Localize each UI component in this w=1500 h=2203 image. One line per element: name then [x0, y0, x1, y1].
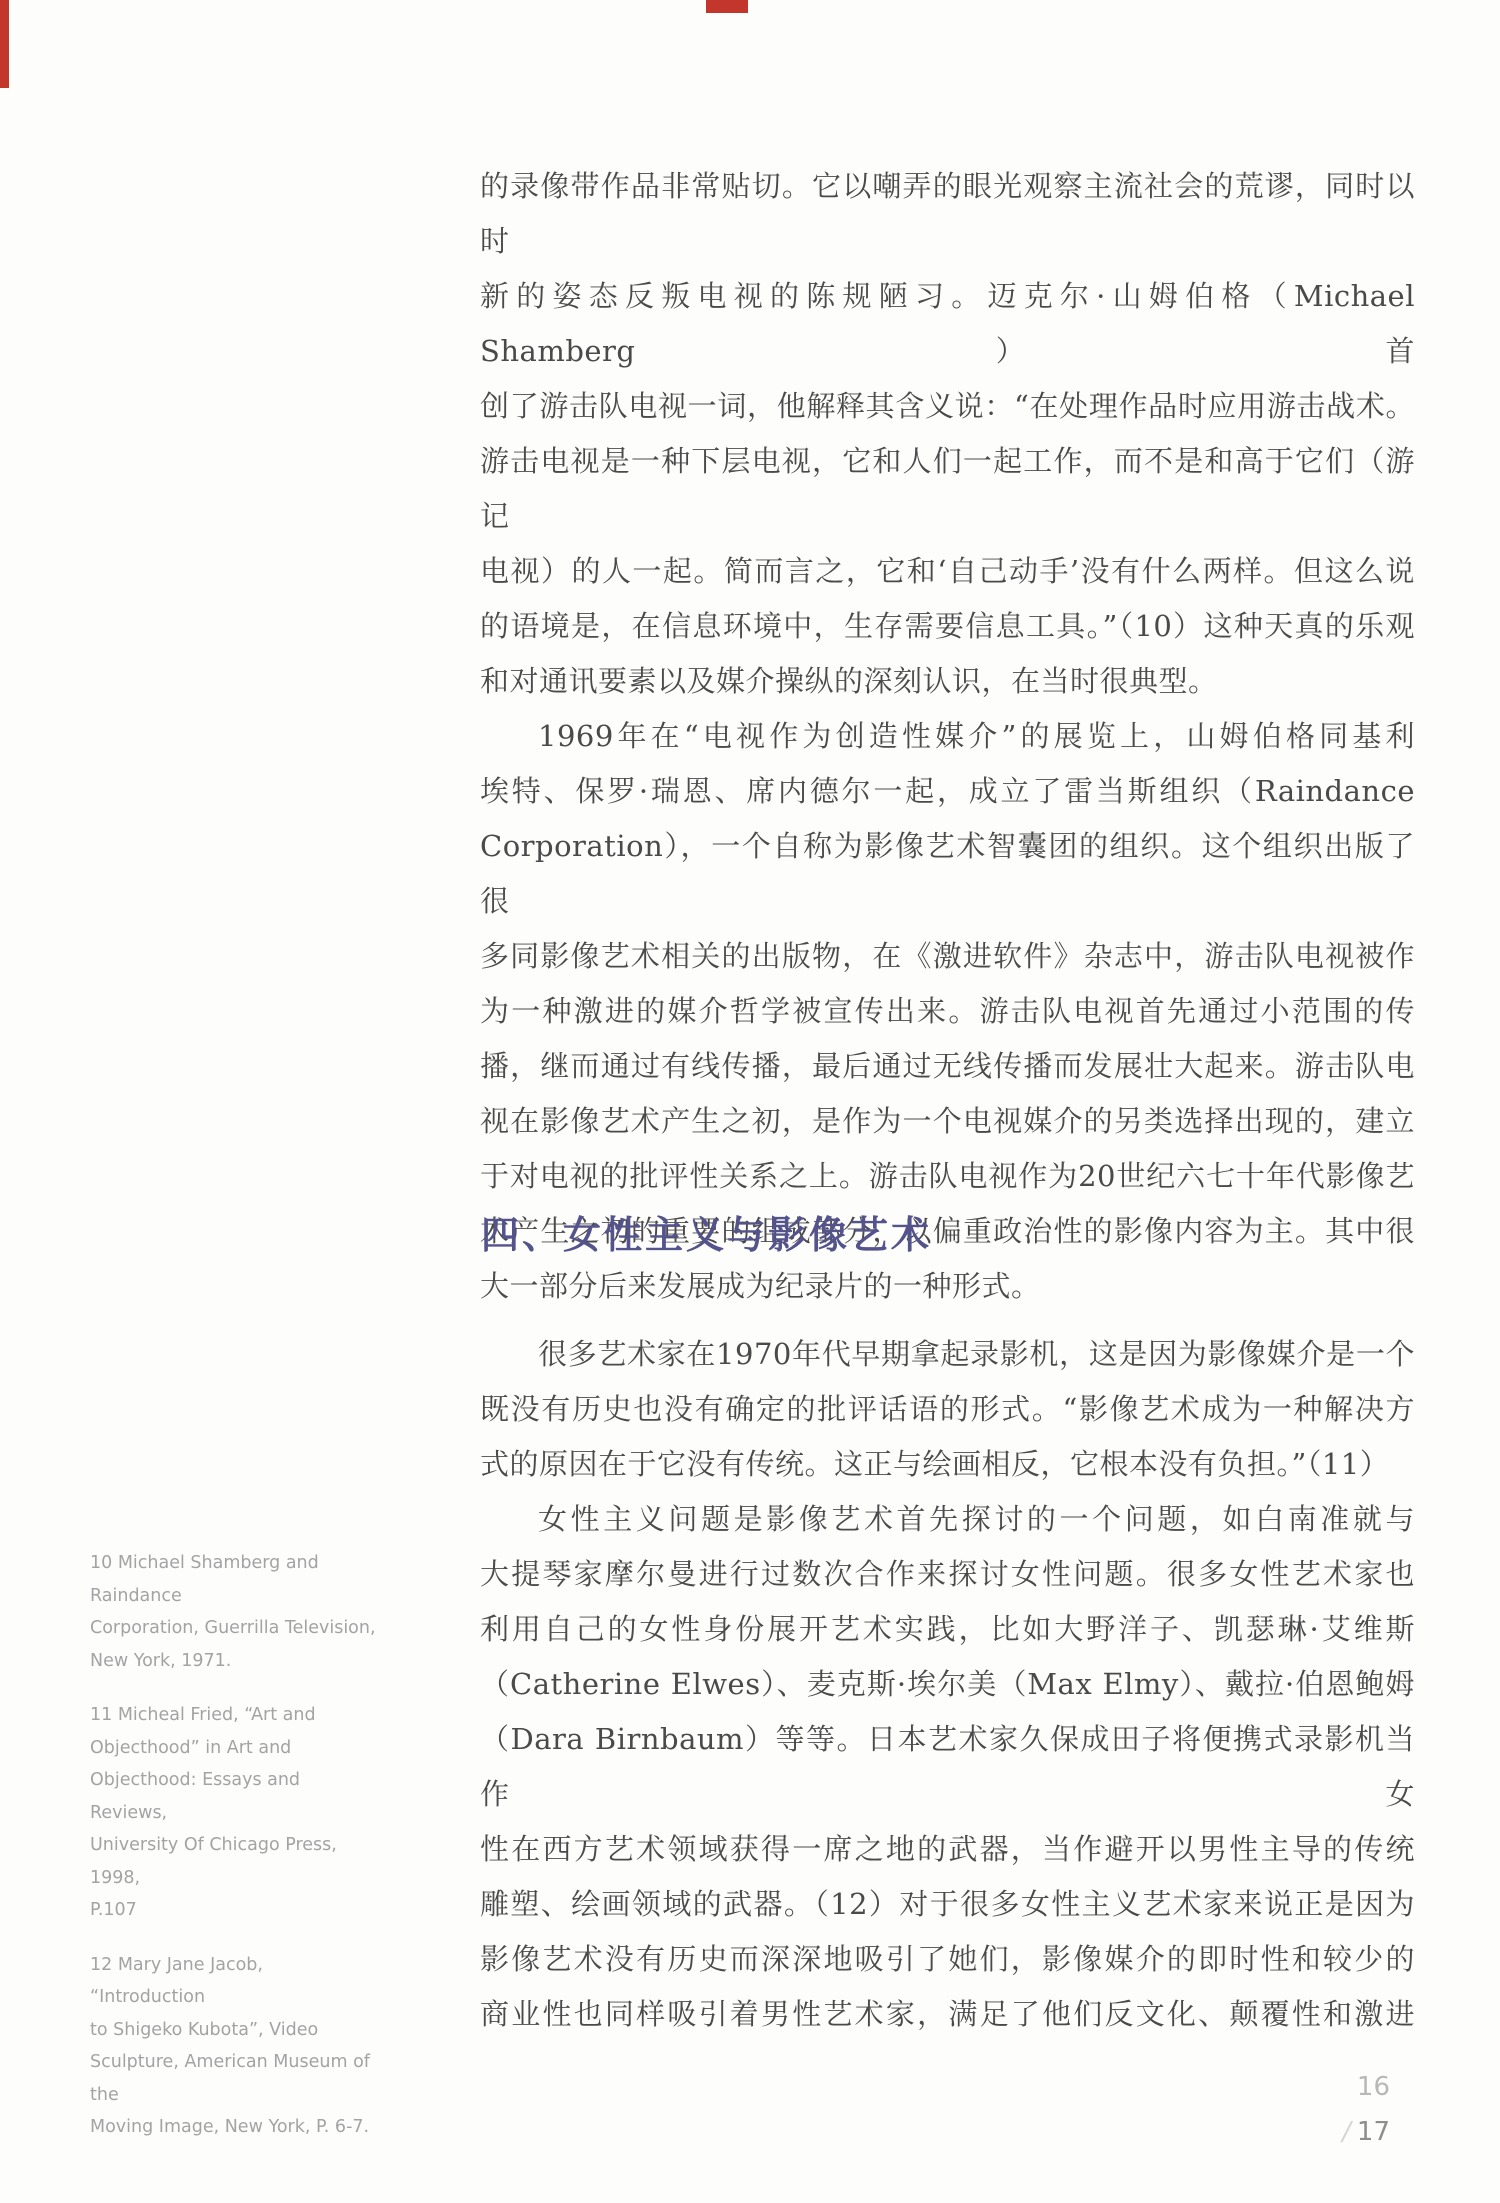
paragraphs-feminism-video-art: 很多艺术家在1970年代早期拿起录影机，这是因为影像媒介是一个既没有历史也没有确… — [480, 1327, 1415, 2042]
page-number-current: 16 — [1270, 2066, 1390, 2111]
text-line: 雕塑、绘画领域的武器。（12）对于很多女性主义艺术家来说正是因为 — [480, 1877, 1415, 1932]
footnotes-column: 10 Michael Shamberg and RaindanceCorpora… — [90, 1547, 378, 2166]
text-line: 女性主义问题是影像艺术首先探讨的一个问题，如白南准就与 — [480, 1492, 1415, 1547]
text-line: 1969年在“电视作为创造性媒介”的展览上，山姆伯格同基利 — [480, 709, 1415, 764]
text-line: 为一种激进的媒介哲学被宣传出来。游击队电视首先通过小范围的传 — [480, 984, 1415, 1039]
text-line: 埃特、保罗·瑞恩、席内德尔一起，成立了雷当斯组织（Raindance — [480, 764, 1415, 819]
text-line: 11 Micheal Fried, “Art and — [90, 1699, 378, 1732]
page-number-next: /17 — [1270, 2111, 1390, 2156]
text-line: 既没有历史也没有确定的批评话语的形式。“影像艺术成为一种解决方 — [480, 1382, 1415, 1437]
footnote-10: 10 Michael Shamberg and RaindanceCorpora… — [90, 1547, 378, 1677]
text-line: 影像艺术没有历史而深深地吸引了她们，影像媒介的即时性和较少的 — [480, 1932, 1415, 1987]
text-line: Sculpture, American Museum of the — [90, 2046, 378, 2111]
text-line: （Catherine Elwes）、麦克斯·埃尔美（Max Elmy）、戴拉·伯… — [480, 1657, 1415, 1712]
text-line: 12 Mary Jane Jacob, “Introduction — [90, 1949, 378, 2014]
text-line: 利用自己的女性身份展开艺术实践，比如大野洋子、凯瑟琳·艾维斯 — [480, 1602, 1415, 1657]
text-line: Moving Image, New York, P. 6-7. — [90, 2111, 378, 2144]
text-line: 大提琴家摩尔曼进行过数次合作来探讨女性问题。很多女性艺术家也 — [480, 1547, 1415, 1602]
text-line: Corporation），一个自称为影像艺术智囊团的组织。这个组织出版了很 — [480, 819, 1415, 929]
text-line: 10 Michael Shamberg and Raindance — [90, 1547, 378, 1612]
book-page: 的录像带作品非常贴切。它以嘲弄的眼光观察主流社会的荒谬，同时以时新的姿态反叛电视… — [0, 0, 1500, 2203]
text-line: 大一部分后来发展成为纪录片的一种形式。 — [480, 1259, 1415, 1314]
footnote-12: 12 Mary Jane Jacob, “Introductionto Shig… — [90, 1949, 378, 2144]
section-heading-feminism-video-art: 四、女性主义与影像艺术 — [481, 1212, 932, 1258]
text-line: 多同影像艺术相关的出版物，在《激进软件》杂志中，游击队电视被作 — [480, 929, 1415, 984]
footnote-11: 11 Micheal Fried, “Art andObjecthood” in… — [90, 1699, 378, 1927]
text-line: 视在影像艺术产生之初，是作为一个电视媒介的另类选择出现的，建立 — [480, 1094, 1415, 1149]
page-number-separator: / — [1342, 2117, 1357, 2147]
text-line: to Shigeko Kubota”, Video — [90, 2014, 378, 2047]
text-line: 电视）的人一起。简而言之，它和‘自己动手’没有什么两样。但这么说 — [480, 544, 1415, 599]
text-line: 游击电视是一种下层电视，它和人们一起工作，而不是和高于它们（游记 — [480, 434, 1415, 544]
text-line: 商业性也同样吸引着男性艺术家，满足了他们反文化、颠覆性和激进 — [480, 1987, 1415, 2042]
text-line: （Dara Birnbaum）等等。日本艺术家久保成田子将便携式录影机当作女 — [480, 1712, 1415, 1822]
text-line: 的录像带作品非常贴切。它以嘲弄的眼光观察主流社会的荒谬，同时以时 — [480, 159, 1415, 269]
red-edge-mark-top — [706, 0, 748, 13]
text-line: 播，继而通过有线传播，最后通过无线传播而发展壮大起来。游击队电 — [480, 1039, 1415, 1094]
text-line: Objecthood” in Art and — [90, 1732, 378, 1765]
text-line: P.107 — [90, 1894, 378, 1927]
text-line: New York, 1971. — [90, 1645, 378, 1678]
text-line: 于对电视的批评性关系之上。游击队电视作为20世纪六七十年代影像艺 — [480, 1149, 1415, 1204]
text-line: Objecthood: Essays and Reviews, — [90, 1764, 378, 1829]
text-line: 式的原因在于它没有传统。这正与绘画相反，它根本没有负担。”（11） — [480, 1437, 1415, 1492]
red-edge-mark-left — [0, 0, 9, 88]
text-line: University Of Chicago Press, 1998, — [90, 1829, 378, 1894]
paragraphs-guerrilla-television: 的录像带作品非常贴切。它以嘲弄的眼光观察主流社会的荒谬，同时以时新的姿态反叛电视… — [480, 159, 1415, 1314]
text-line: 的语境是，在信息环境中，生存需要信息工具。”（10）这种天真的乐观 — [480, 599, 1415, 654]
text-line: Corporation, Guerrilla Television, — [90, 1612, 378, 1645]
text-line: 新的姿态反叛电视的陈规陋习。迈克尔·山姆伯格（Michael Shamberg）… — [480, 269, 1415, 379]
page-numbers: 16 /17 — [1270, 2066, 1390, 2156]
text-line: 和对通讯要素以及媒介操纵的深刻认识，在当时很典型。 — [480, 654, 1415, 709]
text-line: 创了游击队电视一词，他解释其含义说：“在处理作品时应用游击战术。 — [480, 379, 1415, 434]
text-line: 性在西方艺术领域获得一席之地的武器，当作避开以男性主导的传统 — [480, 1822, 1415, 1877]
text-line: 很多艺术家在1970年代早期拿起录影机，这是因为影像媒介是一个 — [480, 1327, 1415, 1382]
